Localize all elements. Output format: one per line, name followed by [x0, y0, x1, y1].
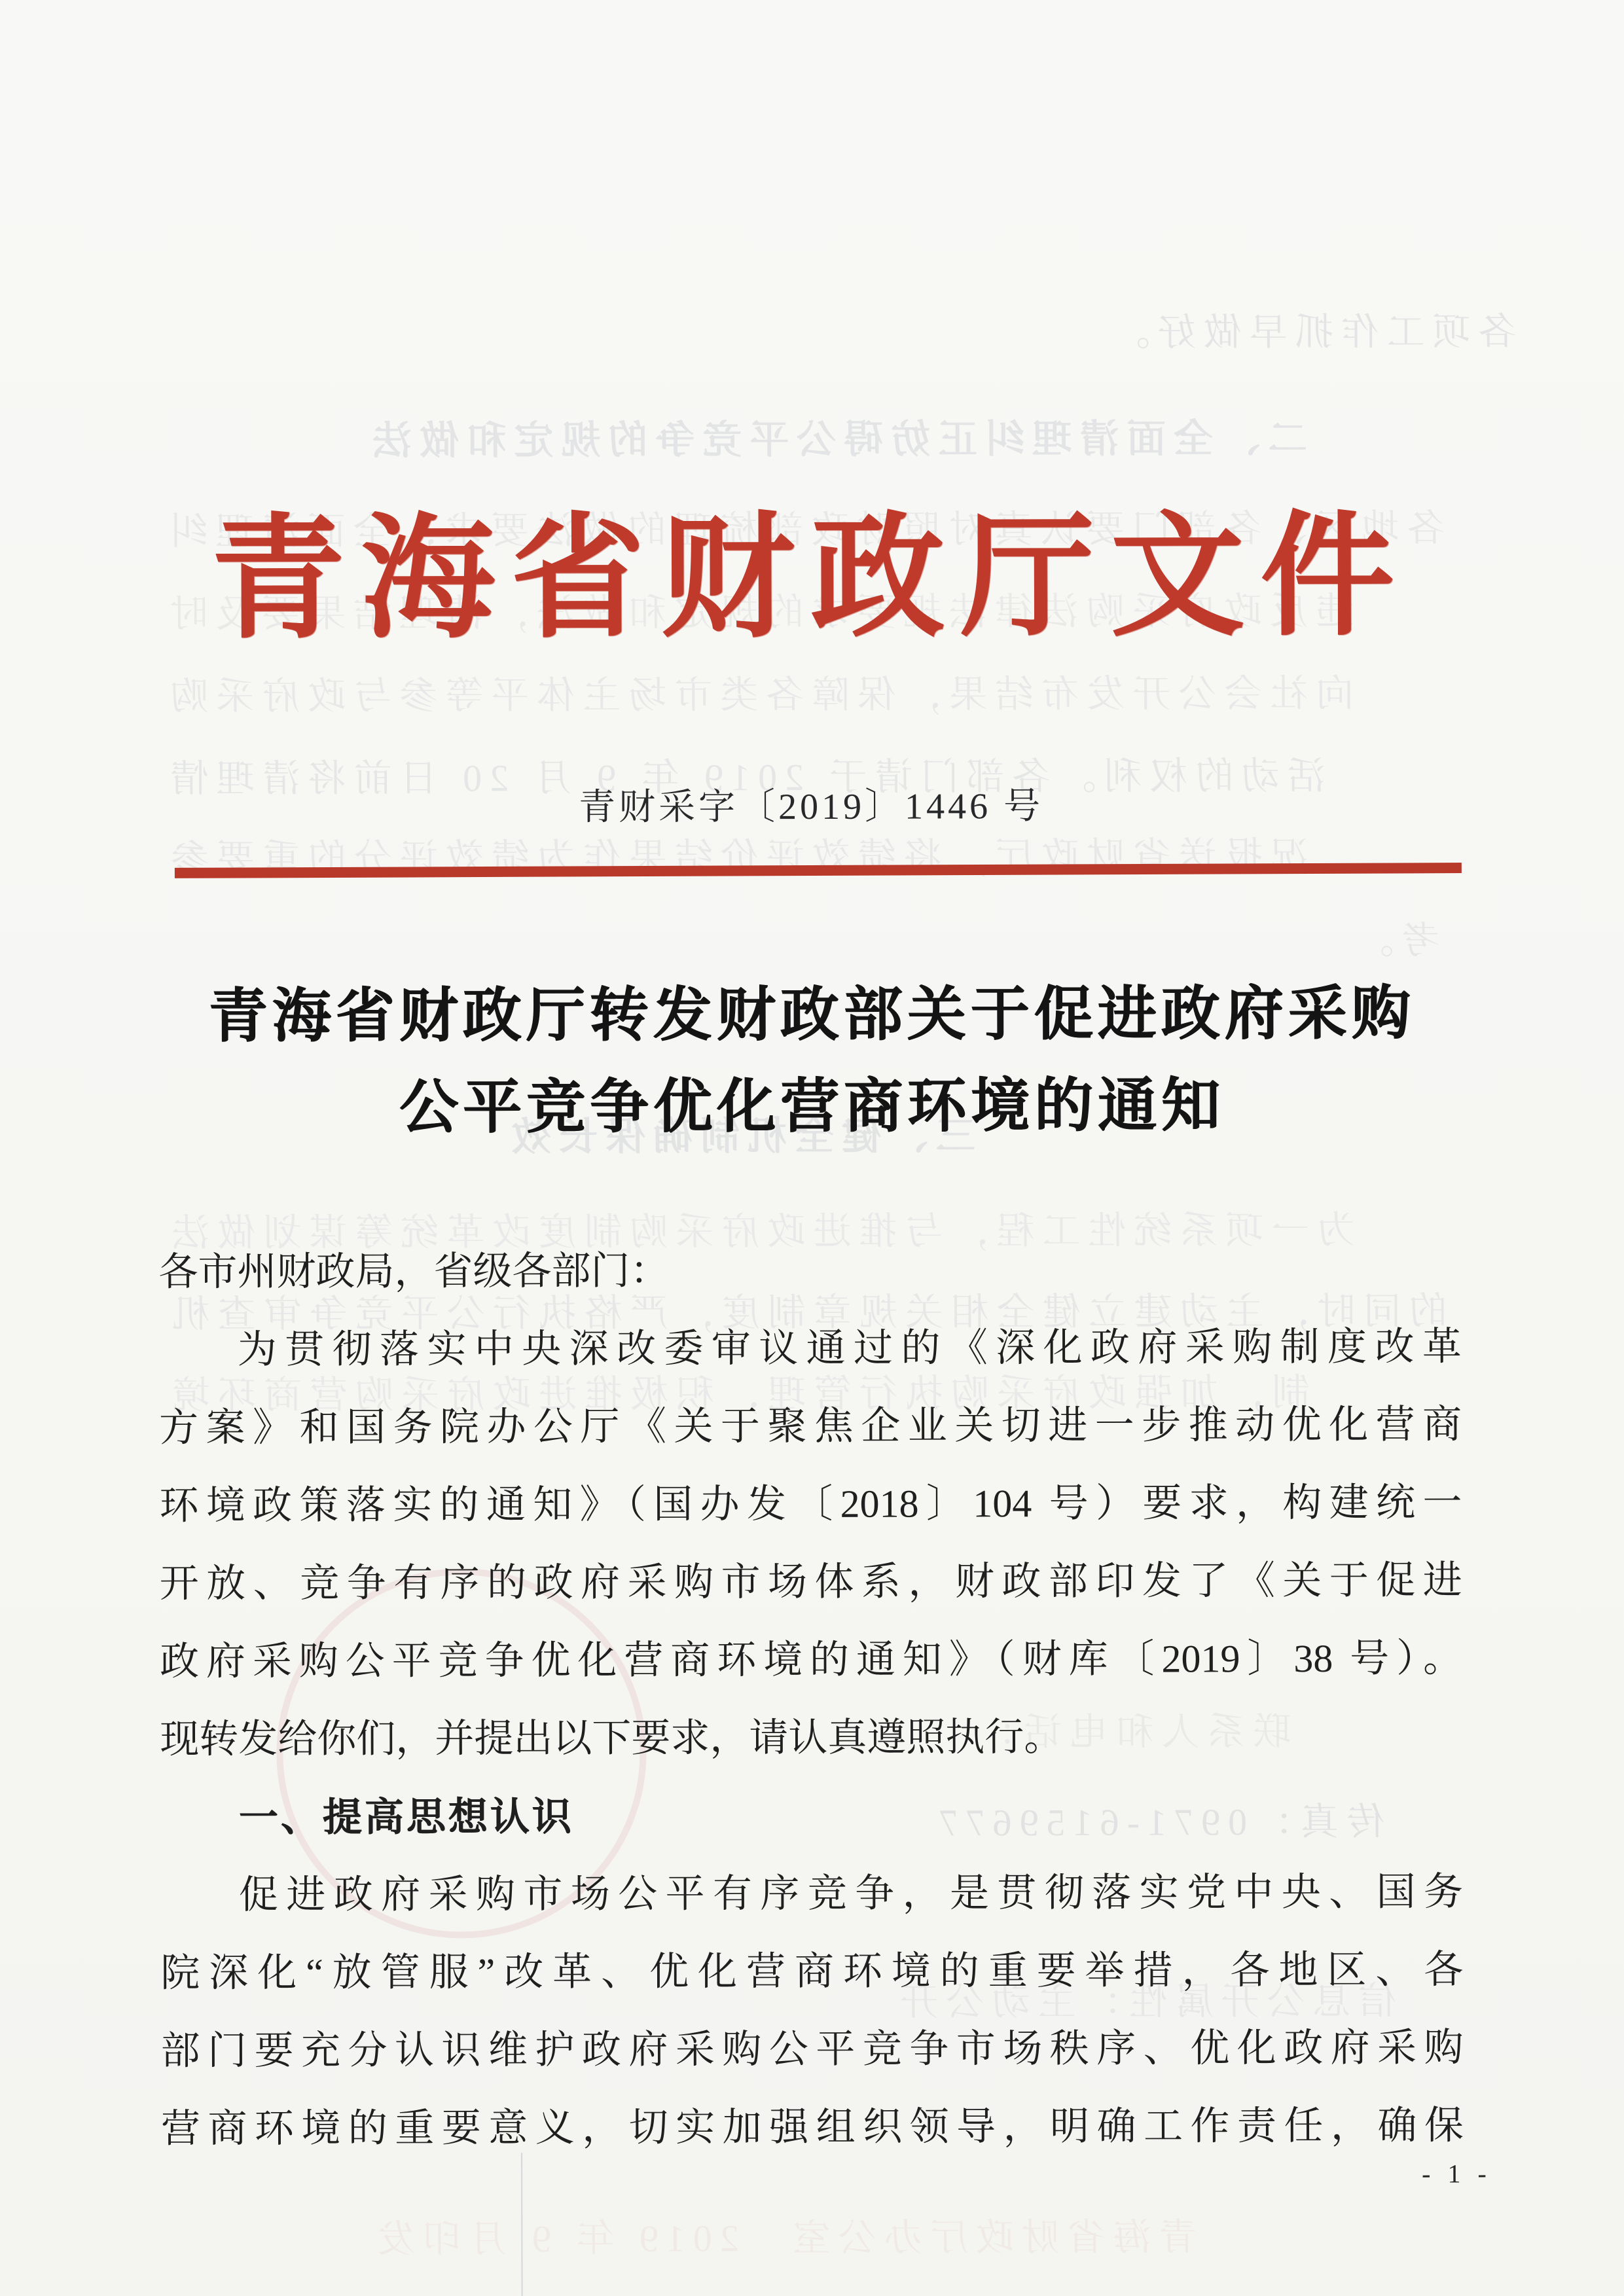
body-line: 政府采购公平竞争优化营商环境的通知》（财库〔2019〕38 号）。	[160, 1619, 1462, 1700]
document-title: 青海省财政厅转发财政部关于促进政府采购 公平竞争优化营商环境的通知	[0, 968, 1624, 1155]
body-line: 营商环境的重要意义，切实加强组织领导，明确工作责任，确保	[161, 2087, 1464, 2168]
body-line: 促进政府采购市场公平有序竞争，是贯彻落实党中央、国务	[160, 1853, 1463, 1934]
body-line: 各市州财政局，省级各部门：	[158, 1230, 1461, 1311]
bleedthrough-line: 二、全面清理纠正妨碍公平竞争的规定和做法	[365, 407, 1307, 466]
bleedthrough-line: 各项工作抓早做好。	[1104, 300, 1517, 357]
body-line: 院深化“放管服”改革、优化营商环境的重要举措，各地区、各	[160, 1931, 1463, 2012]
document-title-line2: 公平竞争优化营商环境的通知	[0, 1060, 1624, 1155]
body-line: 为贯彻落实中央深改委审议通过的《深化政府采购制度改革	[159, 1308, 1462, 1389]
section-heading: 一、提高思想认识	[160, 1775, 1463, 1856]
scanned-document-page: 各项工作抓早做好。二、全面清理纠正妨碍公平竞争的规定和做法各地区、各部门要认真对…	[0, 0, 1624, 2296]
body-line: 开放、竞争有序的政府采购市场体系，财政部印发了《关于促进	[160, 1541, 1462, 1623]
document-title-line1: 青海省财政厅转发财政部关于促进政府采购	[0, 968, 1624, 1064]
agency-letterhead: 青海省财政厅文件	[0, 503, 1623, 655]
red-divider-line	[175, 863, 1462, 878]
bleedthrough-line: 考。	[1348, 909, 1439, 964]
body-line: 现转发给你们，并提出以下要求，请认真遵照执行。	[160, 1697, 1462, 1778]
bleedthrough-line: 向社会公开发布结果，保障各类市场主体平等参与政府采购	[162, 662, 1354, 721]
page-content: 各项工作抓早做好。二、全面清理纠正妨碍公平竞争的规定和做法各地区、各部门要认真对…	[0, 0, 1624, 2296]
scan-artifact-line	[521, 2153, 523, 2296]
document-body: 各市州财政局，省级各部门：为贯彻落实中央深改委审议通过的《深化政府采购制度改革方…	[158, 1230, 1464, 2168]
document-number: 青财采字〔2019〕1446 号	[0, 776, 1623, 832]
body-line: 方案》和国务院办公厅《关于聚焦企业关切进一步推动优化营商	[159, 1386, 1462, 1467]
body-line: 部门要充分认识维护政府采购公平竞争市场秩序、优化政府采购	[160, 2009, 1463, 2090]
body-line: 环境政策落实的通知》（国办发〔2018〕104 号）要求，构建统一	[159, 1463, 1462, 1545]
page-number: - 1 -	[1422, 2158, 1492, 2189]
bleedthrough-line: 青海省财政厅办公室 2019 年 9 月印发	[369, 2206, 1197, 2263]
